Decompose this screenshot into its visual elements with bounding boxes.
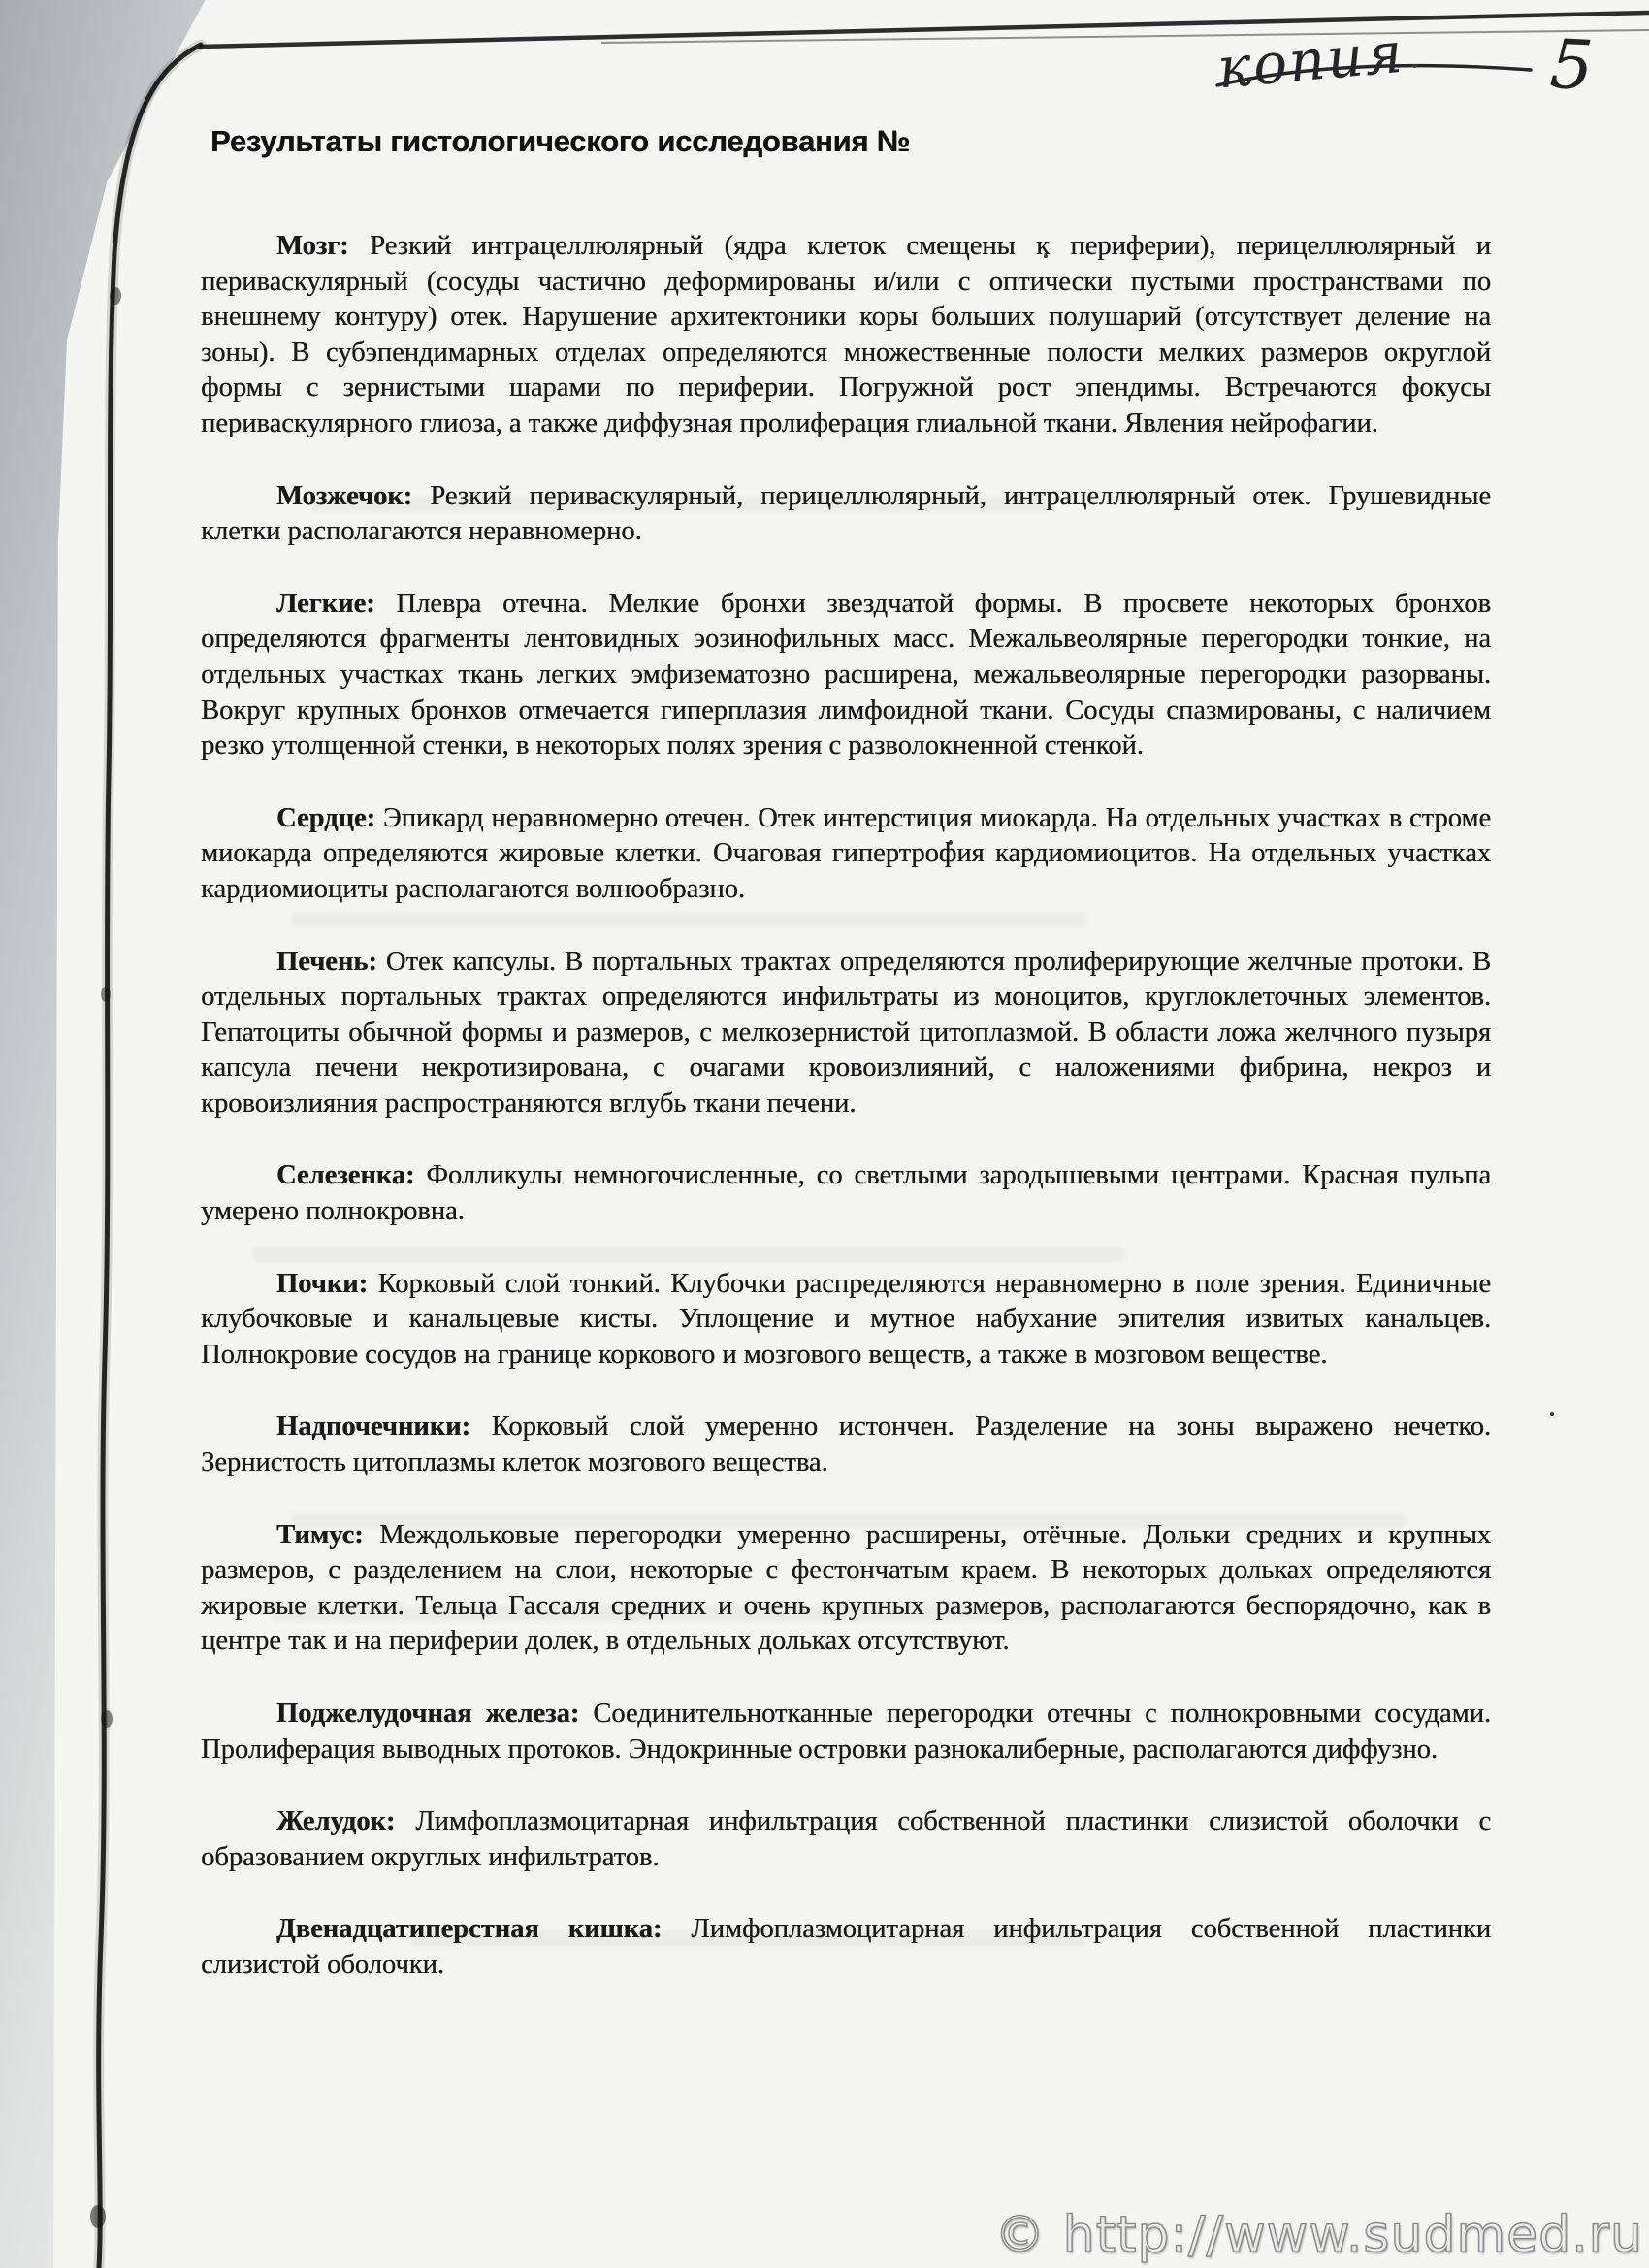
scanned-document-page: { "doc": { "handwriting": { "word": "коп… <box>0 0 1649 2268</box>
organ-label: Почки: <box>276 1269 368 1299</box>
section-spleen: Селезенка: Фолликулы немногочисленные, с… <box>201 1158 1491 1229</box>
section-thymus: Тимус: Междольковые перегородки умеренно… <box>201 1518 1491 1660</box>
section-text: Эпикард неравномерно отечен. Отек интерс… <box>201 803 1491 904</box>
watermark-url: © http://www.sudmed.ru <box>994 2206 1643 2264</box>
handwritten-page-number: 5 <box>1548 24 1596 106</box>
organ-label: Тимус: <box>276 1520 364 1550</box>
section-stomach: Желудок: Лимфоплазмоцитарная инфильтраци… <box>201 1804 1491 1875</box>
section-text: Резкий интрацеллюлярный (ядра клеток сме… <box>201 231 1491 438</box>
section-kidneys: Почки: Корковый слой тонкий. Клубочки ра… <box>201 1267 1491 1374</box>
organ-label: Селезенка: <box>276 1160 414 1190</box>
section-cerebellum: Мозжечок: Резкий периваскулярный, перице… <box>201 479 1491 550</box>
section-brain: Мозг: Резкий интрацеллюлярный (ядра клет… <box>201 229 1491 442</box>
document-text-block: Результаты гистологического исследования… <box>201 124 1491 2021</box>
section-heart: Сердце: Эпикард неравномерно отечен. Оте… <box>201 801 1491 908</box>
section-liver: Печень: Отек капсулы. В портальных тракт… <box>201 945 1491 1122</box>
section-text: Междольковые перегородки умеренно расшир… <box>201 1520 1491 1657</box>
organ-label: Поджелудочная железа: <box>276 1699 579 1729</box>
organ-label: Сердце: <box>276 803 375 833</box>
section-text: Лимфоплазмоцитарная инфильтрация собстве… <box>201 1806 1491 1872</box>
section-lungs: Легкие: Плевра отечна. Мелкие бронхи зве… <box>201 587 1491 764</box>
organ-label: Мозжечок: <box>276 481 412 511</box>
ink-speck <box>1412 64 1417 68</box>
section-pancreas: Поджелудочная железа: Соединительнотканн… <box>201 1697 1491 1767</box>
organ-label: Печень: <box>276 947 377 977</box>
organ-label: Двенадцатиперстная кишка: <box>276 1914 662 1944</box>
section-text: Отек капсулы. В портальных трактах опред… <box>201 947 1491 1118</box>
section-adrenals: Надпочечники: Корковый слой умеренно ист… <box>201 1409 1491 1480</box>
section-duodenum: Двенадцатиперстная кишка: Лимфоплазмоцит… <box>201 1912 1491 1983</box>
section-text: Корковый слой тонкий. Клубочки распредел… <box>201 1269 1491 1370</box>
organ-label: Желудок: <box>276 1806 395 1836</box>
organ-label: Мозг: <box>276 231 349 261</box>
ink-speck <box>1550 1412 1554 1416</box>
page-title: Результаты гистологического исследования… <box>210 124 1491 159</box>
section-text: Плевра отечна. Мелкие бронхи звездчатой … <box>201 589 1491 761</box>
organ-label: Легкие: <box>276 589 375 619</box>
organ-label: Надпочечники: <box>276 1411 470 1442</box>
